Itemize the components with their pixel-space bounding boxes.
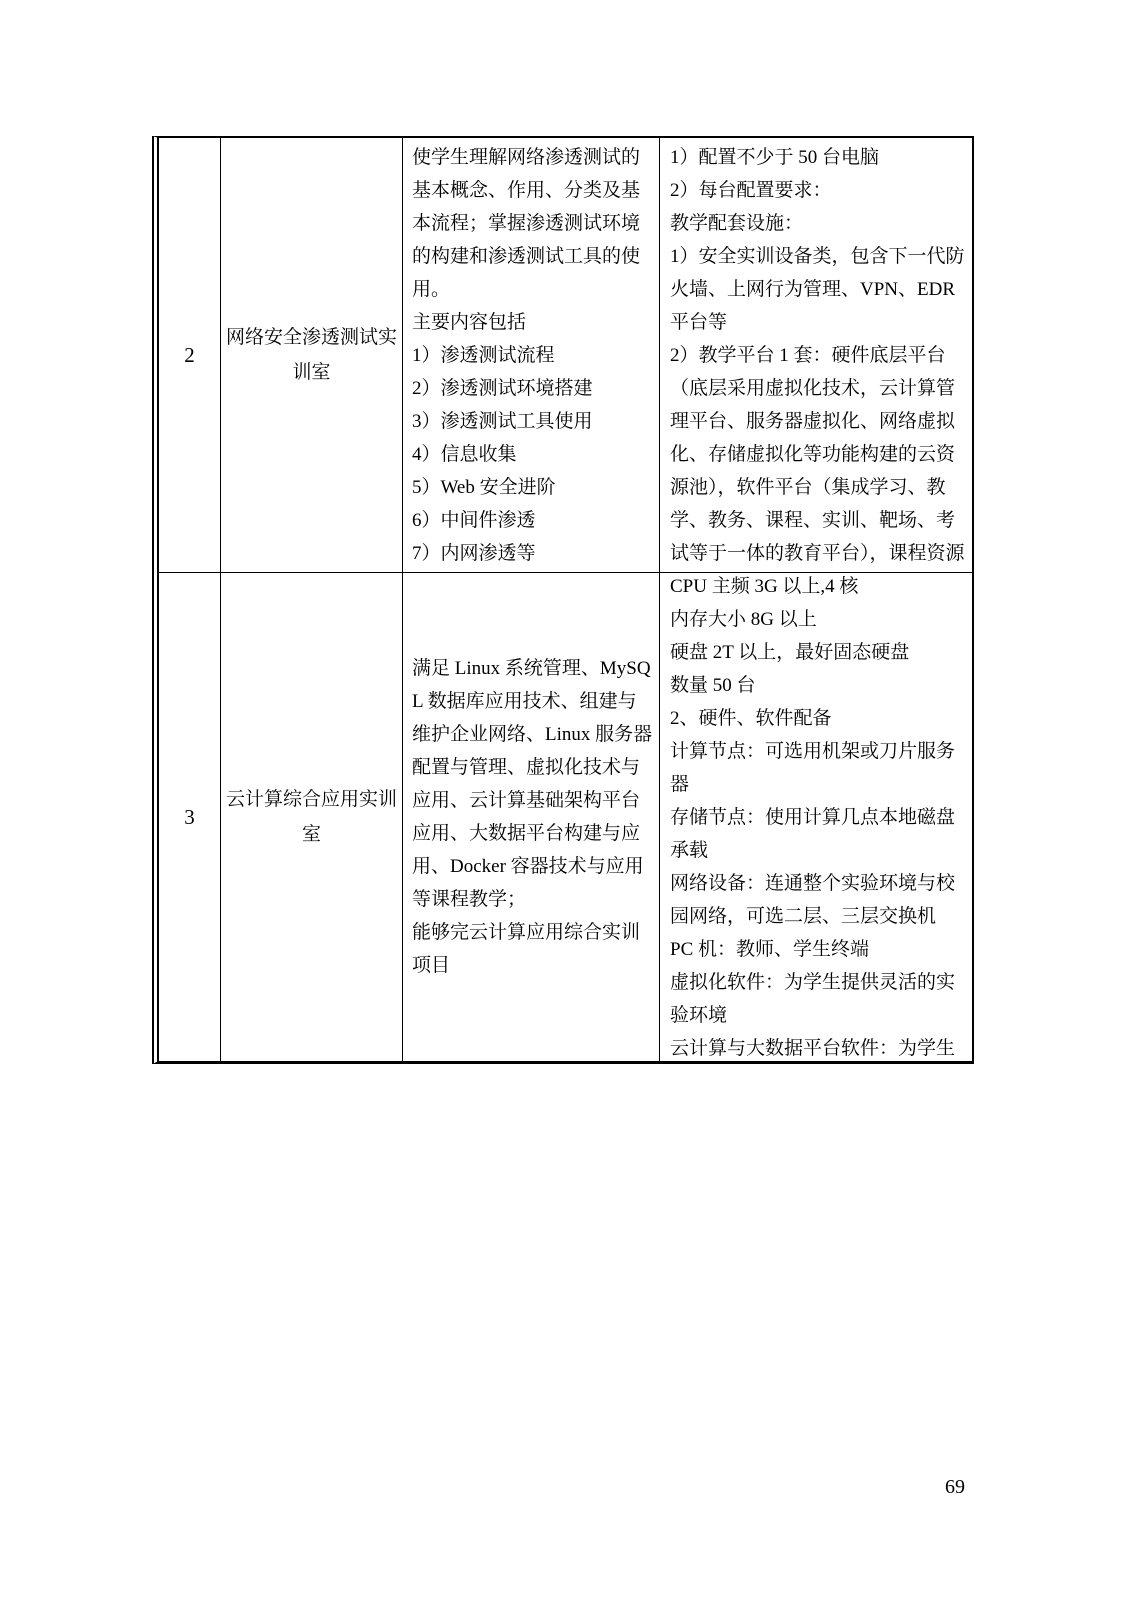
paragraph: 内存大小 8G 以上 (670, 603, 966, 636)
function-description-cell: 满足 Linux 系统管理、MySQL 数据库应用技术、组建与维护企业网络、Li… (403, 573, 660, 1061)
paragraph: 2）渗透测试环境搭建 (412, 372, 654, 405)
table-row: 3 云计算综合应用实训室 满足 Linux 系统管理、MySQL 数据库应用技术… (159, 573, 972, 1061)
configuration-requirements-cell: 1、计算机基本配置与要求CPU 主频 3G 以上,4 核内存大小 8G 以上硬盘… (660, 573, 972, 1061)
row-number-cell: 2 (159, 138, 221, 572)
paragraph: 能够完云计算应用综合实训项目 (412, 916, 654, 982)
paragraph: 1）渗透测试流程 (412, 339, 654, 372)
lab-name-cell: 云计算综合应用实训室 (221, 573, 403, 1061)
row-number: 2 (184, 339, 195, 372)
paragraph: 教学配套设施： (670, 207, 966, 240)
paragraph: 5）Web 安全进阶 (412, 471, 654, 504)
paragraph: 2）每台配置要求： (670, 174, 966, 207)
document-page: 2 网络安全渗透测试实训室 使学生理解网络渗透测试的基本概念、作用、分类及基本流… (0, 0, 1131, 1600)
paragraph: 云计算与大数据平台软件：为学生提供大数据实验集群 (670, 1032, 966, 1062)
paragraph: PC 机：教师、学生终端 (670, 933, 966, 966)
paragraph: 满足 Linux 系统管理、MySQL 数据库应用技术、组建与维护企业网络、Li… (412, 652, 654, 916)
paragraph: 使学生理解网络渗透测试的基本概念、作用、分类及基本流程；掌握渗透测试环境的构建和… (412, 141, 654, 306)
paragraph: 数量 50 台 (670, 669, 966, 702)
row-number: 3 (184, 801, 195, 834)
paragraph: 7）内网渗透等 (412, 537, 654, 570)
paragraph: 3）渗透测试工具使用 (412, 405, 654, 438)
page-number: 69 (930, 1476, 980, 1499)
paragraph: 2）教学平台 1 套：硬件底层平台（底层采用虚拟化技术，云计算管理平台、服务器虚… (670, 339, 966, 573)
training-room-table: 2 网络安全渗透测试实训室 使学生理解网络渗透测试的基本概念、作用、分类及基本流… (152, 136, 974, 1064)
row-number-cell: 3 (159, 573, 221, 1061)
paragraph: 虚拟化软件：为学生提供灵活的实验环境 (670, 966, 966, 1032)
lab-name-cell: 网络安全渗透测试实训室 (221, 138, 403, 572)
paragraph: 主要内容包括 (412, 306, 654, 339)
paragraph: 1）配置不少于 50 台电脑 (670, 141, 966, 174)
paragraph: 4）信息收集 (412, 438, 654, 471)
table-row: 2 网络安全渗透测试实训室 使学生理解网络渗透测试的基本概念、作用、分类及基本流… (159, 138, 972, 573)
function-description-cell: 使学生理解网络渗透测试的基本概念、作用、分类及基本流程；掌握渗透测试环境的构建和… (403, 138, 660, 572)
paragraph: CPU 主频 3G 以上,4 核 (670, 573, 966, 603)
paragraph: 6）中间件渗透 (412, 504, 654, 537)
paragraph: 2、硬件、软件配备 (670, 702, 966, 735)
configuration-requirements-cell: 教学终端1）配置不少于 50 台电脑2）每台配置要求：教学配套设施：1）安全实训… (660, 138, 972, 572)
paragraph: 1）安全实训设备类，包含下一代防火墙、上网行为管理、VPN、EDR 平台等 (670, 240, 966, 339)
paragraph: 存储节点：使用计算几点本地磁盘承载 (670, 801, 966, 867)
paragraph: 硬盘 2T 以上，最好固态硬盘 (670, 636, 966, 669)
paragraph: 网络设备：连通整个实验环境与校园网络，可选二层、三层交换机 (670, 867, 966, 933)
paragraph: 计算节点：可选用机架或刀片服务器 (670, 735, 966, 801)
lab-name: 云计算综合应用实训室 (226, 782, 397, 852)
lab-name: 网络安全渗透测试实训室 (226, 320, 397, 390)
